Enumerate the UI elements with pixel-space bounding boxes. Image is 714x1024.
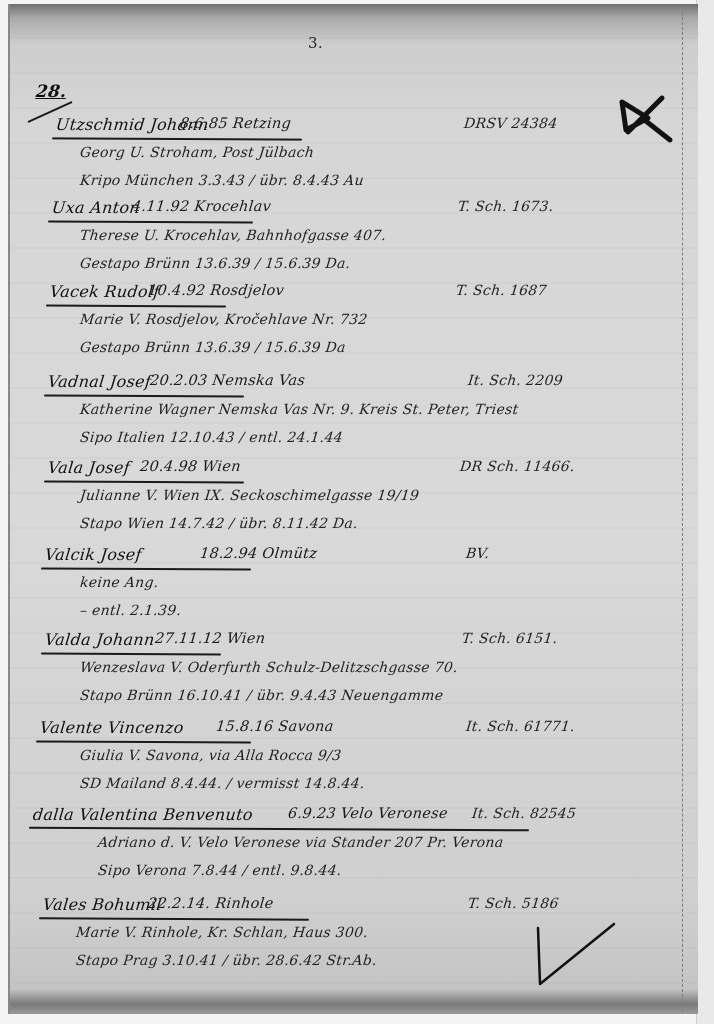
relative-address: Julianne V. Wien IX. Seckoschimelgasse 1…: [79, 488, 420, 504]
reference-number: It. Sch. 2209: [467, 373, 564, 389]
relative-address: Katherine Wagner Nemska Vas Nr. 9. Kreis…: [79, 402, 519, 418]
custody-record: Stapo Prag 3.10.41 / übr. 28.6.42 Str.Ab…: [75, 953, 378, 969]
scan-edge: [696, 0, 714, 1024]
custody-record: Sipo Verona 7.8.44 / entl. 9.8.44.: [97, 863, 342, 879]
custody-record: SD Mailand 8.4.44. / vermisst 14.8.44.: [79, 776, 365, 792]
custody-record: – entl. 2.1.39.: [79, 603, 182, 619]
custody-record: Sipo Italien 12.10.43 / entl. 24.1.44: [79, 430, 344, 446]
person-name: Vacek Rudolf: [49, 282, 161, 301]
relative-address: Marie V. Rinhole, Kr. Schlan, Haus 300.: [75, 925, 369, 941]
birth-info: 27.11.12 Wien: [154, 631, 266, 647]
person-name: Vales Bohumil: [42, 895, 163, 914]
person-name: Valente Vincenzo: [39, 718, 185, 737]
relative-address: Therese U. Krocehlav, Bahnhofgasse 407.: [79, 228, 387, 244]
person-name: Valda Johann: [44, 630, 156, 649]
birth-info: 6.9.23 Velo Veronese: [287, 806, 448, 822]
custody-record: Gestapo Brünn 13.6.39 / 15.6.39 Da.: [79, 256, 351, 272]
custody-record: Stapo Brünn 16.10.41 / übr. 9.4.43 Neuen…: [79, 688, 444, 704]
relative-address: Wenzeslava V. Oderfurth Schulz-Delitzsch…: [79, 660, 459, 676]
relative-address: Giulia V. Savona, via Alla Rocca 9/3: [79, 748, 342, 764]
custody-record: Stapo Wien 14.7.42 / übr. 8.11.42 Da.: [79, 516, 359, 532]
person-name: dalla Valentina Benvenuto: [32, 805, 254, 824]
birth-info: 18.2.94 Olmütz: [199, 546, 318, 562]
person-name: Valcik Josef: [44, 545, 143, 564]
birth-info: 8.6.85 Retzing: [179, 116, 292, 132]
reference-number: T. Sch. 6151.: [461, 631, 558, 647]
birth-info: 20.4.98 Wien: [139, 459, 241, 475]
person-name: Uxa Anton: [51, 198, 141, 217]
birth-info: 22.2.14. Rinhole: [147, 896, 274, 912]
page-number: 3.: [308, 34, 323, 52]
reference-number: It. Sch. 61771.: [465, 719, 576, 735]
x-mark-icon: [614, 88, 674, 148]
reference-number: DR Sch. 11466.: [459, 459, 575, 475]
margin-line: [682, 12, 683, 1012]
reference-number: It. Sch. 82545: [471, 806, 577, 822]
reference-number: T. Sch. 1673.: [457, 199, 554, 215]
relative-address: Marie V. Rosdjelov, Kročehlave Nr. 732: [79, 312, 368, 328]
birth-info: 15.8.16 Savona: [215, 719, 334, 735]
birth-info: 10.4.92 Rosdjelov: [147, 283, 285, 299]
relative-address: keine Ang.: [79, 575, 159, 591]
reference-number: DRSV 24384: [463, 116, 558, 132]
relative-address: Adriano d. V. Velo Veronese via Stander …: [97, 835, 504, 851]
reference-number: T. Sch. 1687: [455, 283, 547, 299]
reference-number: T. Sch. 5186: [467, 896, 559, 912]
birth-info: 20.2.03 Nemska Vas: [149, 373, 306, 389]
custody-record: Kripo München 3.3.43 / übr. 8.4.43 Au: [79, 173, 365, 189]
check-mark-icon: [528, 918, 618, 988]
person-name: Vadnal Josef: [47, 372, 152, 391]
relative-address: Georg U. Stroham, Post Jülbach: [79, 145, 315, 161]
person-name: Vala Josef: [47, 458, 131, 477]
reference-number: BV.: [465, 546, 490, 562]
custody-record: Gestapo Brünn 13.6.39 / 15.6.39 Da: [79, 340, 346, 356]
birth-info: 4.11.92 Krocehlav: [131, 199, 272, 215]
